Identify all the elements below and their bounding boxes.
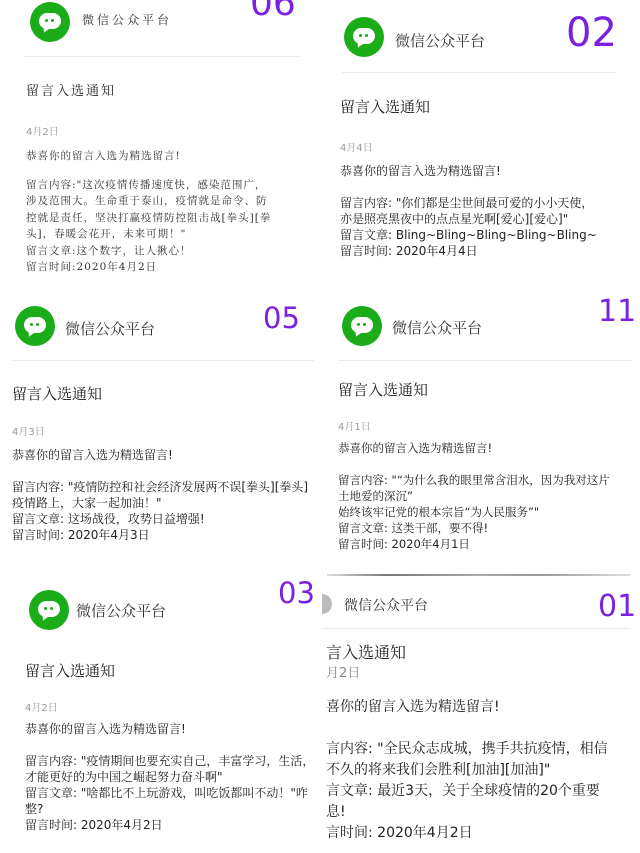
card-number: 01 xyxy=(598,592,636,622)
divider xyxy=(342,72,616,73)
content-line: 留言内容: "“为什么我的眼里常含泪水，因为我对这片 xyxy=(338,472,640,488)
content-line: 才能更好的为中国之崛起努力奋斗啊" xyxy=(25,769,318,785)
card-body: 恭喜你的留言入选为精选留言! 留言内容: "“为什么我的眼里常含泪水，因为我对这… xyxy=(338,440,640,552)
card-title: 言入选通知 xyxy=(326,640,406,663)
card-body: 恭喜你的留言入选为精选留言! 留言内容: "疫情期间也要充实自己，丰富学习，生活… xyxy=(25,721,318,833)
congrats-text: 恭喜你的留言入选为精选留言! xyxy=(340,163,640,179)
divider xyxy=(24,56,300,57)
article-line: 留言文章: "啥都比不上玩游戏，叫吃饭都叫不动！"咋 xyxy=(25,785,318,801)
card-date: 4月2日 xyxy=(25,699,58,714)
card-date: 4月1日 xyxy=(338,418,371,433)
article-line: 言文章: 最近3天，关于全球疫情的20个重要 xyxy=(326,781,640,802)
congrats-text: 恭喜你的留言入选为精选留言! xyxy=(26,148,316,165)
content-line: 留言内容: "你们都是尘世间最可爱的小小天使， xyxy=(340,195,640,211)
card-body: 恭喜你的留言入选为精选留言! 留言内容:"这次疫情传播速度快，感染范围广， 涉及… xyxy=(26,148,316,276)
card-body: 恭喜你的留言入选为精选留言! 留言内容: "你们都是尘世间最可爱的小小天使， 亦… xyxy=(340,163,640,259)
content-line: 言内容: "全民众志成城，携手共抗疫情，相信 xyxy=(326,739,640,760)
brand-name: 微信公众平台 xyxy=(76,600,166,621)
congrats-text: 恭喜你的留言入选为精选留言! xyxy=(25,721,318,737)
article-line: 息! xyxy=(326,802,640,823)
brand-name: 微信公众平台 xyxy=(395,30,485,51)
brand-name: 微信公众平台 xyxy=(344,595,428,615)
content-line: 始终该牢记党的根本宗旨“为人民服务”" xyxy=(338,504,640,520)
content-line: 控就是责任，坚决打赢疫情防控阻击战[拳头][拳 xyxy=(26,210,316,227)
divider xyxy=(322,628,630,629)
time-text: 留言时间: 2020年4月3日 xyxy=(12,527,318,543)
card-number: 06 xyxy=(250,0,296,22)
congrats-text: 恭喜你的留言入选为精选留言! xyxy=(12,447,318,463)
notification-card-01: 微信公众平台 01 言入选通知 月2日 喜你的留言入选为精选留言! 言内容: "… xyxy=(322,566,640,853)
separator-line xyxy=(327,574,630,576)
wechat-logo-icon xyxy=(15,306,55,346)
article-text: 留言文章:这个数字，让人揪心！ xyxy=(26,243,316,260)
wechat-logo-icon xyxy=(322,594,332,614)
card-number: 11 xyxy=(598,297,636,327)
wechat-logo-icon xyxy=(344,17,384,57)
wechat-logo-icon xyxy=(342,306,382,346)
content-line: 留言内容:"这次疫情传播速度快，感染范围广， xyxy=(26,177,316,194)
divider xyxy=(12,360,314,361)
card-body: 喜你的留言入选为精选留言! 言内容: "全民众志成城，携手共抗疫情，相信 不久的… xyxy=(326,697,640,844)
article-text: 留言文章: 这场战役，攻势日益增强! xyxy=(12,511,318,527)
divider xyxy=(338,360,632,361)
content-line: 亦是照亮黑夜中的点点星光啊[爱心][爱心]" xyxy=(340,211,640,227)
card-body: 恭喜你的留言入选为精选留言! 留言内容: "疫情防控和社会经济发展两不误[拳头]… xyxy=(12,447,318,543)
card-title: 留言入选通知 xyxy=(25,660,115,681)
time-text: 留言时间: 2020年4月2日 xyxy=(25,817,318,833)
notification-card-02: 微信公众平台 02 留言入选通知 4月4日 恭喜你的留言入选为精选留言! 留言内… xyxy=(322,0,640,282)
content-line: 土地爱的深沉” xyxy=(338,488,640,504)
article-line: 整? xyxy=(25,801,318,817)
content-line: 留言内容: "疫情期间也要充实自己，丰富学习，生活， xyxy=(25,753,318,769)
notification-card-11: 微信公众平台 11 留言入选通知 4月1日 恭喜你的留言入选为精选留言! 留言内… xyxy=(322,286,640,562)
congrats-text: 喜你的留言入选为精选留言! xyxy=(326,697,640,718)
article-text: 留言文章: Bling~Bling~Bling~Bling~Bling~ xyxy=(340,227,640,243)
card-number: 03 xyxy=(278,579,315,608)
congrats-text: 恭喜你的留言入选为精选留言! xyxy=(338,440,640,456)
article-text: 留言文章: 这类干部，要不得! xyxy=(338,520,640,536)
wechat-logo-icon xyxy=(30,2,70,42)
content-line: 不久的将来我们会胜利[加油][加油]" xyxy=(326,760,640,781)
content-line: 涉及范围大。生命重于泰山，疫情就是命令、防 xyxy=(26,193,316,210)
content-line: 疫情路上，大家一起加油！" xyxy=(12,495,318,511)
card-number: 05 xyxy=(263,304,300,333)
time-text: 留言时间:2020年4月2日 xyxy=(26,259,316,276)
time-text: 留言时间: 2020年4月4日 xyxy=(340,243,640,259)
time-text: 留言时间: 2020年4月1日 xyxy=(338,536,640,552)
card-date: 月2日 xyxy=(326,662,360,681)
notification-card-03: 微信公众平台 03 留言入选通知 4月2日 恭喜你的留言入选为精选留言! 留言内… xyxy=(0,566,318,853)
card-title: 留言入选通知 xyxy=(340,96,430,117)
time-text: 言时间: 2020年4月2日 xyxy=(326,823,640,844)
wechat-logo-icon xyxy=(29,590,69,630)
content-line: 头]，春暖会花开，未来可期！" xyxy=(26,226,316,243)
card-title: 留言入选通知 xyxy=(26,80,116,99)
notification-card-06: 微信公众平台 06 留言入选通知 4月2日 恭喜你的留言入选为精选留言! 留言内… xyxy=(0,0,318,290)
card-date: 4月2日 xyxy=(26,123,59,138)
brand-name: 微信公众平台 xyxy=(392,317,482,338)
content-line: 留言内容: "疫情防控和社会经济发展两不误[拳头][拳头] xyxy=(12,479,318,495)
card-title: 留言入选通知 xyxy=(338,379,428,400)
brand-name: 微信公众平台 xyxy=(65,318,155,339)
card-number: 02 xyxy=(566,13,617,53)
card-date: 4月4日 xyxy=(340,139,373,154)
card-date: 4月3日 xyxy=(12,423,45,438)
card-title: 留言入选通知 xyxy=(12,383,102,404)
brand-name: 微信公众平台 xyxy=(82,12,172,29)
notification-card-05: 微信公众平台 05 留言入选通知 4月3日 恭喜你的留言入选为精选留言! 留言内… xyxy=(0,292,318,562)
